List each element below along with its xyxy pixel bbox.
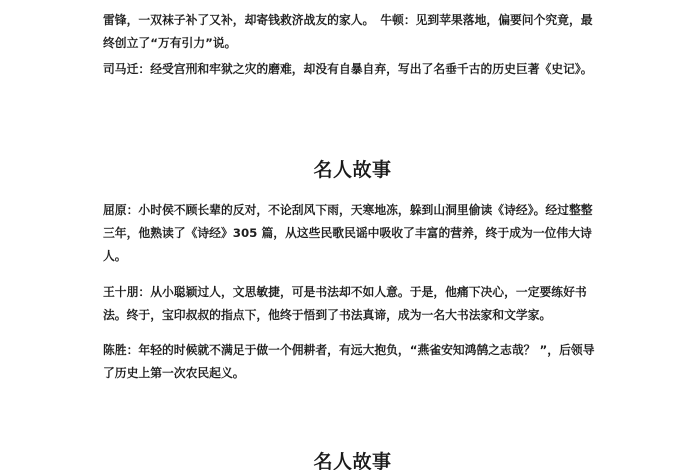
paragraph-quyuan: 屈原：小时侯不顾长辈的反对，不论刮风下雨，天寒地冻，躲到山洞里偷读《诗经》。经过…	[103, 199, 602, 268]
paragraph-chensheng: 陈胜：年轻的时候就不满足于做一个佣耕者，有远大抱负，“燕雀安知鸿鹄之志哉？ ”，…	[103, 339, 602, 385]
paragraph-leifeng-newton: 雷锋，一双袜子补了又补，却寄钱救济战友的家人。 牛顿：见到苹果落地，偏要问个究竟…	[103, 9, 602, 55]
document-page: 雷锋，一双袜子补了又补，却寄钱救济战友的家人。 牛顿：见到苹果落地，偏要问个究竟…	[0, 0, 700, 470]
paragraph-simaqian: 司马迁：经受宫刑和牢狱之灾的磨难，却没有自暴自弃，写出了名垂千古的历史巨著《史记…	[103, 58, 602, 81]
paragraph-wangshipeng: 王十朋：从小聪颖过人，文思敏捷，可是书法却不如人意。于是，他痛下决心，一定要练好…	[103, 281, 602, 327]
section-heading: 名人故事	[103, 157, 602, 183]
next-section-heading: 名人故事	[103, 449, 602, 470]
